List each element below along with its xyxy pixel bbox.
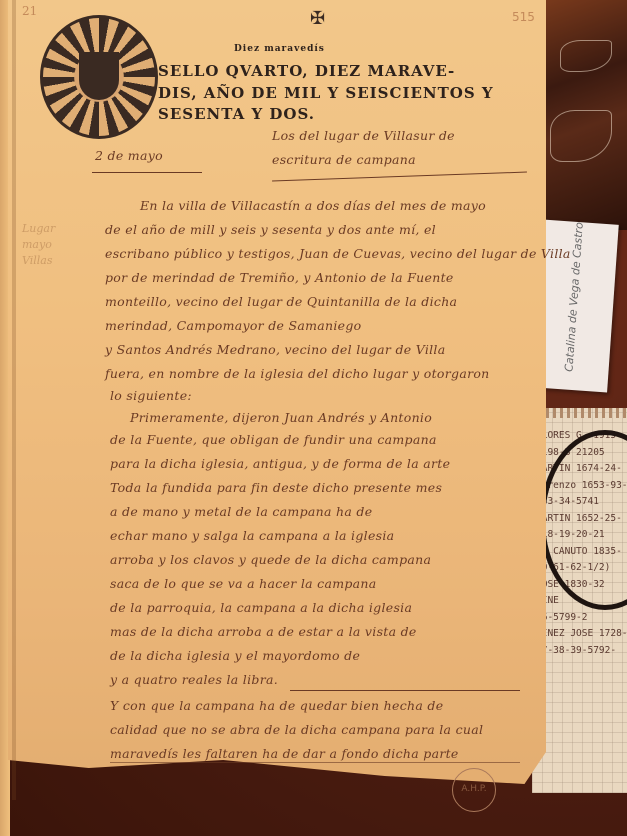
margin-note: Lugar xyxy=(22,222,55,235)
body-line: fuera, en nombre de la iglesia del dicho… xyxy=(105,366,490,381)
body-line: de la Fuente, que obligan de fundir una … xyxy=(110,432,437,447)
notebook-line: 37-38-39-5792- xyxy=(536,643,627,660)
archive-stamp: A.H.P. xyxy=(452,768,496,812)
date-note: 2 de mayo xyxy=(95,148,163,163)
body-line: maravedís les faltaren ha de dar a fondo… xyxy=(110,746,459,761)
body-line: Primeramente, dijeron Juan Andrés y Anto… xyxy=(130,410,432,425)
plastic-sleeve xyxy=(540,0,627,230)
seal-value: Diez maravedís xyxy=(234,44,325,54)
body-line: y Santos Andrés Medrano, vecino del luga… xyxy=(105,342,445,357)
body-line: de el año de mill y seis y sesenta y dos… xyxy=(105,222,436,237)
line-filler xyxy=(290,690,520,691)
body-line: para la dicha iglesia, antigua, y de for… xyxy=(110,456,450,471)
cross-icon: ✠ xyxy=(310,8,325,29)
plastic-glare xyxy=(560,40,612,72)
body-line: de la parroquia, la campana a la dicha i… xyxy=(110,600,412,615)
seal-text-line: SESENTA Y DOS. xyxy=(158,105,315,123)
body-line: echar mano y salga la campana a la igles… xyxy=(110,528,394,543)
notebook-line: LINEZ JOSE 1728- xyxy=(536,626,627,643)
seal-text-line: SELLO QVARTO, DIEZ MARAVE- xyxy=(158,62,455,80)
coat-of-arms-icon xyxy=(79,52,119,100)
seal-text-line: DIS, AÑO DE MIL Y SEISCIENTOS Y xyxy=(158,84,494,102)
notebook-line: 66-5799-2 xyxy=(536,610,627,627)
body-line: Y con que la campana ha de quedar bien h… xyxy=(110,698,443,713)
body-line: escribano público y testigos, Juan de Cu… xyxy=(105,246,571,261)
corner-number: 21 xyxy=(22,4,37,18)
notebook-spiral xyxy=(532,408,627,418)
body-line: En la villa de Villacastín a dos días de… xyxy=(140,198,486,213)
body-line: monteillo, vecino del lugar de Quintanil… xyxy=(105,294,457,309)
ruled-line xyxy=(110,762,520,763)
margin-note: Villas xyxy=(22,254,53,267)
body-line: Toda la fundida para fin deste dicho pre… xyxy=(110,480,442,495)
body-line: mas de la dicha arroba a de estar a la v… xyxy=(110,624,417,639)
margin-note: mayo xyxy=(22,238,52,251)
heading-line: escritura de campana xyxy=(272,152,416,167)
body-line: a de mano y metal de la campana ha de xyxy=(110,504,372,519)
page-fold xyxy=(12,0,16,800)
body-line: arroba y los clavos y quede de la dicha … xyxy=(110,552,431,567)
heading-line: Los del lugar de Villasur de xyxy=(272,128,455,143)
body-line: y a quatro reales la libra. xyxy=(110,672,278,687)
body-line: por de merindad de Tremiño, y Antonio de… xyxy=(105,270,454,285)
plastic-glare xyxy=(550,110,612,162)
underline xyxy=(92,172,202,173)
folio-number: 515 xyxy=(512,10,535,24)
body-line: saca de lo que se va a hacer la campana xyxy=(110,576,377,591)
label-slip-text: Catalina de Vega de Castro xyxy=(562,222,585,372)
body-line: lo siguiente: xyxy=(110,388,192,403)
royal-seal-stamp xyxy=(40,15,158,139)
body-line: merindad, Campomayor de Samaniego xyxy=(105,318,361,333)
body-line: de la dicha iglesia y el mayordomo de xyxy=(110,648,360,663)
body-line: calidad que no se abra de la dicha campa… xyxy=(110,722,483,737)
